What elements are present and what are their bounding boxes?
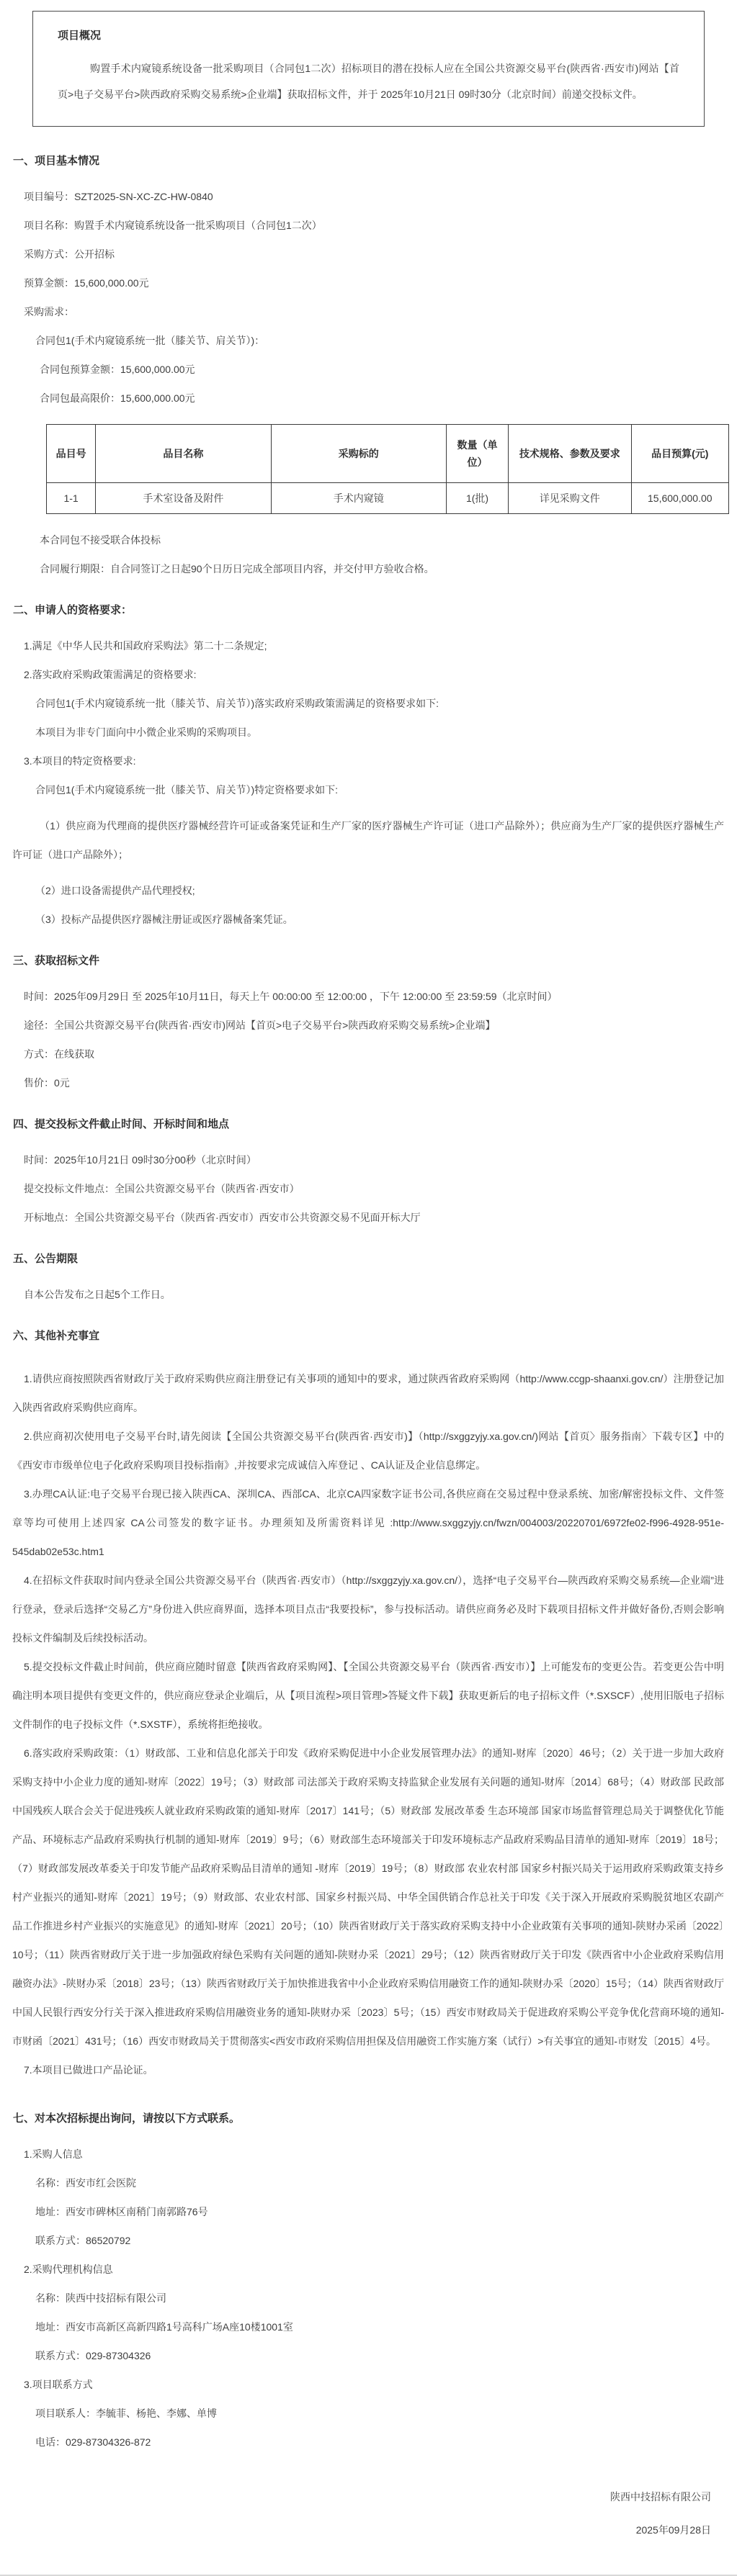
section-deadline-heading: 四、提交投标文件截止时间、开标时间和地点 <box>13 1116 724 1131</box>
agency-name: 名称：陕西中技招标有限公司 <box>0 2291 724 2305</box>
table-row: 1-1 手术室设备及附件 手术内窥镜 1(批) 详见采购文件 15,600,00… <box>47 483 729 514</box>
overview-title: 项目概况 <box>58 27 679 42</box>
project-contact-title: 3.项目联系方式 <box>0 2377 724 2392</box>
cell-item-budget: 15,600,000.00 <box>631 483 728 514</box>
supplement-note-6: 6.落实政府采购政策：（1）财政部、工业和信息化部关于印发《政府采购促进中小企业… <box>12 1739 724 2055</box>
section-obtain-heading: 三、获取招标文件 <box>13 953 724 968</box>
cell-quantity-unit: 1(批) <box>446 483 508 514</box>
col-item-name: 品目名称 <box>96 425 271 483</box>
supplement-note-7: 7.本项目已做进口产品论证。 <box>12 2055 724 2084</box>
qualification-package-specific: 合同包1(手术内窥镜系统一批（膝关节、肩关节）)特定资格要求如下: <box>0 783 724 797</box>
supplement-note-2: 2.供应商初次使用电子交易平台时,请先阅读【全国公共资源交易平台(陕西省·西安市… <box>12 1422 724 1480</box>
purchaser-name: 名称：西安市红会医院 <box>0 2176 724 2190</box>
deadline-open-place: 开标地点：全国公共资源交易平台（陕西省·西安市）西安市公共资源交易不见面开标大厅 <box>0 1210 724 1225</box>
deadline-submit-place: 提交投标文件地点：全国公共资源交易平台（陕西省·西安市） <box>0 1181 724 1196</box>
qualification-package-policy: 合同包1(手术内窥镜系统一批（膝关节、肩关节）)落实政府采购政策需满足的资格要求… <box>0 696 724 711</box>
overview-body-text: 购置手术内窥镜系统设备一批采购项目（合同包1二次）招标项目的潜在投标人应在全国公… <box>58 55 679 107</box>
purchaser-address: 地址：西安市碑林区南稍门南郭路76号 <box>0 2205 724 2219</box>
field-package-budget: 合同包预算金额：15,600,000.00元 <box>0 362 724 377</box>
qualification-specific-3: （3）投标产品提供医疗器械注册证或医疗器械备案凭证。 <box>0 912 724 927</box>
agency-address: 地址：西安市高新区高新四路1号高科广场A座10楼1001室 <box>0 2320 724 2334</box>
qualification-specific-2: （2）进口设备需提供产品代理授权; <box>0 883 724 898</box>
note-contract-period: 合同履行期限：自合同签订之日起90个日历日完成全部项目内容，并交付甲方验收合格。 <box>0 562 724 576</box>
qualification-specific-1: （1）供应商为代理商的提供医疗器械经营许可证或备案凭证和生产厂家的医疗器械生产许… <box>12 811 724 869</box>
qualification-item-1: 1.满足《中华人民共和国政府采购法》第二十二条规定; <box>0 639 724 653</box>
purchaser-info-title: 1.采购人信息 <box>0 2147 724 2161</box>
purchaser-phone: 联系方式：86520792 <box>0 2233 724 2248</box>
qualification-item-3: 3.本项目的特定资格要求: <box>0 754 724 768</box>
supplement-note-3: 3.办理CA认证:电子交易平台现已接入陕西CA、深圳CA、西部CA、北京CA四家… <box>12 1480 724 1566</box>
col-item-budget: 品目预算(元) <box>631 425 728 483</box>
obtain-price: 售价：0元 <box>0 1076 724 1090</box>
obtain-time: 时间：2025年09月29日 至 2025年10月11日，每天上午 00:00:… <box>0 989 724 1004</box>
field-procurement-method: 采购方式：公开招标 <box>0 247 724 261</box>
project-overview-box: 项目概况 购置手术内窥镜系统设备一批采购项目（合同包1二次）招标项目的潜在投标人… <box>32 11 705 127</box>
field-package-price-limit: 合同包最高限价：15,600,000.00元 <box>0 391 724 405</box>
field-project-name: 项目名称：购置手术内窥镜系统设备一批采购项目（合同包1二次） <box>0 218 724 233</box>
agency-info-title: 2.采购代理机构信息 <box>0 2262 724 2276</box>
col-item-no: 品目号 <box>47 425 96 483</box>
cell-procurement-target: 手术内窥镜 <box>271 483 446 514</box>
deadline-time: 时间：2025年10月21日 09时30分00秒（北京时间） <box>0 1153 724 1167</box>
field-project-number: 项目编号：SZT2025-SN-XC-ZC-HW-0840 <box>0 189 724 204</box>
signature-company: 陕西中技招标有限公司 <box>0 2490 711 2504</box>
signature-date: 2025年09月28日 <box>0 2523 711 2537</box>
project-contact-phone: 电话：029-87304326-872 <box>0 2435 724 2449</box>
signature-block: 陕西中技招标有限公司 2025年09月28日 <box>0 2490 737 2537</box>
cell-item-name: 手术室设备及附件 <box>96 483 271 514</box>
qualification-item-2: 2.落实政府采购政策需满足的资格要求: <box>0 667 724 682</box>
supplement-note-4: 4.在招标文件获取时间内登录全国公共资源交易平台（陕西省·西安市）（http:/… <box>12 1566 724 1652</box>
section-notice-period-heading: 五、公告期限 <box>13 1251 724 1266</box>
agency-phone: 联系方式：029-87304326 <box>0 2348 724 2363</box>
notice-period-text: 自本公告发布之日起5个工作日。 <box>0 1287 724 1302</box>
supplement-note-1: 1.请供应商按照陕西省财政厅关于政府采购供应商注册登记有关事项的通知中的要求，通… <box>12 1364 724 1422</box>
items-table: 品目号 品目名称 采购标的 数量（单位） 技术规格、参数及要求 品目预算(元) … <box>46 424 729 514</box>
col-procurement-target: 采购标的 <box>271 425 446 483</box>
section-contact-heading: 七、对本次招标提出询问，请按以下方式联系。 <box>13 2110 724 2125</box>
obtain-method: 方式：在线获取 <box>0 1047 724 1061</box>
col-quantity-unit: 数量（单位） <box>446 425 508 483</box>
section-supplement-heading: 六、其他补充事宜 <box>13 1328 724 1343</box>
note-no-consortium: 本合同包不接受联合体投标 <box>0 533 724 547</box>
section-basic-heading: 一、项目基本情况 <box>13 153 724 168</box>
obtain-channel: 途径：全国公共资源交易平台(陕西省·西安市)网站【首页>电子交易平台>陕西政府采… <box>0 1018 724 1032</box>
field-procurement-demand: 采购需求： <box>0 305 724 319</box>
qualification-not-sme-only: 本项目为非专门面向中小微企业采购的采购项目。 <box>0 725 724 739</box>
items-table-header-row: 品目号 品目名称 采购标的 数量（单位） 技术规格、参数及要求 品目预算(元) <box>47 425 729 483</box>
tender-announcement-page: 项目概况 购置手术内窥镜系统设备一批采购项目（合同包1二次）招标项目的潜在投标人… <box>0 11 737 2576</box>
cell-item-no: 1-1 <box>47 483 96 514</box>
cell-tech-spec: 详见采购文件 <box>509 483 631 514</box>
supplement-note-5: 5.提交投标文件截止时间前，供应商应随时留意【陕西省政府采购网】、【全国公共资源… <box>12 1652 724 1739</box>
field-contract-package: 合同包1(手术内窥镜系统一批（膝关节、肩关节）)： <box>0 333 724 348</box>
project-contact-persons: 项目联系人：李毓菲、杨艳、李娜、单博 <box>0 2406 724 2420</box>
section-qualification-heading: 二、申请人的资格要求： <box>13 602 724 617</box>
field-budget-amount: 预算金额：15,600,000.00元 <box>0 276 724 290</box>
col-tech-spec: 技术规格、参数及要求 <box>509 425 631 483</box>
